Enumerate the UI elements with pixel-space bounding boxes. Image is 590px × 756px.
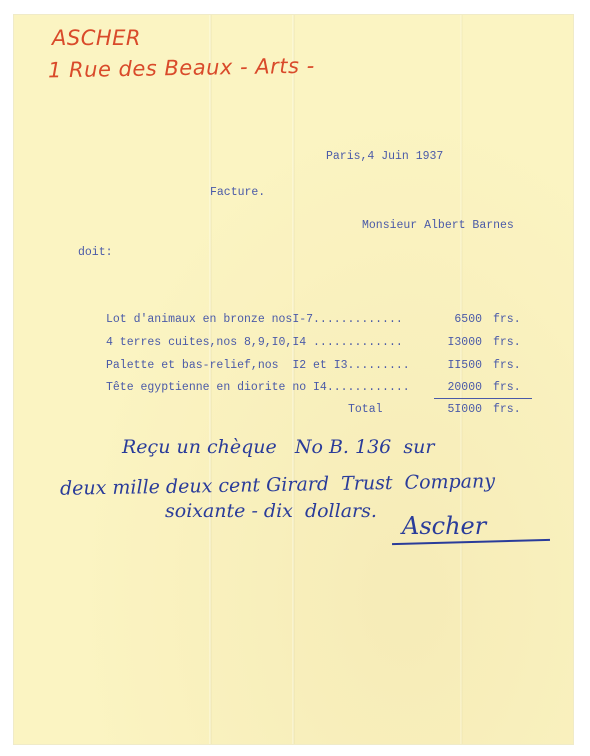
- document-type: Facture.: [210, 186, 265, 199]
- item-currency: frs.: [493, 336, 521, 349]
- letterhead-address: 1 Rue des Beaux - Arts -: [48, 54, 315, 83]
- subtotal-underline: [434, 398, 532, 399]
- invoice-paper: [14, 15, 573, 744]
- receipt-line-1: Reçu un chèque No B. 136 sur: [122, 436, 434, 458]
- place-date: Paris,4 Juin 1937: [326, 150, 443, 163]
- total-label: Total: [348, 403, 383, 416]
- item-amount: II500: [412, 359, 482, 372]
- item-description: 4 terres cuites,nos 8,9,I0,I4 ..........…: [106, 336, 403, 349]
- invoice-row: Tête egyptienne en diorite no I4........…: [0, 381, 590, 397]
- invoice-row: 4 terres cuites,nos 8,9,I0,I4 ..........…: [0, 336, 590, 352]
- item-description: Palette et bas-relief,nos I2 et I3......…: [106, 359, 410, 372]
- invoice-row: Palette et bas-relief,nos I2 et I3......…: [0, 359, 590, 375]
- recipient: Monsieur Albert Barnes: [362, 219, 514, 232]
- item-amount: 6500: [412, 313, 482, 326]
- item-amount: 20000: [412, 381, 482, 394]
- total-currency: frs.: [493, 403, 521, 416]
- invoice-total-row: Total 5I000 frs.: [0, 403, 590, 419]
- letterhead-name: ASCHER: [52, 26, 141, 50]
- item-currency: frs.: [493, 359, 521, 372]
- signature: Ascher: [402, 512, 486, 540]
- item-currency: frs.: [493, 313, 521, 326]
- total-amount: 5I000: [412, 403, 482, 416]
- invoice-row: Lot d'animaux en bronze nosI-7..........…: [0, 313, 590, 329]
- receipt-line-3: soixante - dix dollars.: [165, 500, 377, 522]
- item-description: Tête egyptienne en diorite no I4........…: [106, 381, 410, 394]
- item-amount: I3000: [412, 336, 482, 349]
- item-description: Lot d'animaux en bronze nosI-7..........…: [106, 313, 403, 326]
- item-currency: frs.: [493, 381, 521, 394]
- owes-label: doit:: [78, 246, 113, 259]
